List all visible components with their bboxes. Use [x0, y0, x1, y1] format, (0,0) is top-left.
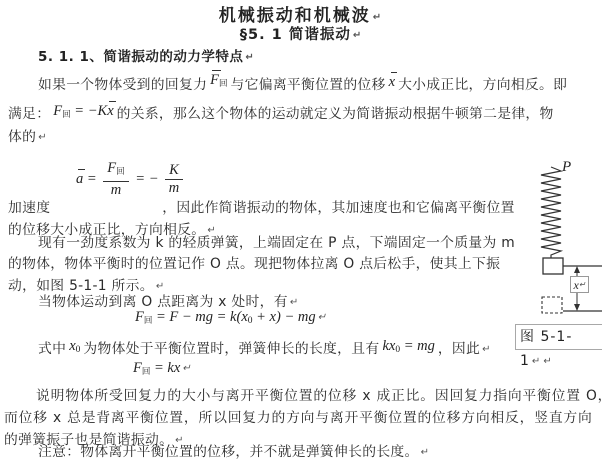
fraction-F-over-m: F回m: [103, 161, 128, 198]
formula-main: F回 = F − mg = k(x0 + x) − mg↵: [135, 309, 326, 326]
accel-line1: 加速度，因此作简谐振动的物体，其加速度也和它偏离平衡位置: [8, 196, 515, 216]
paragraph-mark: ↵: [353, 30, 362, 41]
subscript-zero: 0: [76, 345, 81, 355]
para1-line1: 如果一个物体受到的回复力F回与它偏离平衡位置的位移x大小成正比，方向相反。即: [38, 73, 567, 94]
para4-text-a: 式中: [38, 341, 66, 357]
para1-line3: 体的↵: [8, 125, 47, 145]
vector-F: F: [210, 72, 219, 89]
para1-line1-text-c: 大小成正比，方向相反。即: [398, 77, 567, 93]
point-P-label: P: [562, 159, 571, 176]
spring-coil: [541, 167, 561, 258]
symbol-F: F: [135, 309, 144, 325]
fraction-K-over-m: Km: [165, 163, 183, 196]
equals-sign: =: [74, 103, 84, 119]
subscript-hui: 回: [62, 110, 71, 120]
para1-line1-text-a: 如果一个物体受到的回复力: [38, 77, 207, 93]
section-heading: 5. 1. 1、简谐振动的动力学特点↵: [38, 45, 254, 65]
subscript-zero: 0: [395, 345, 400, 355]
formula-F-restoring: F回: [210, 72, 227, 88]
para1-line2-text-b: 的关系，那么这个物体的运动就定义为简谐振动根据牛顿第二是律，物: [117, 106, 554, 122]
equals-sign: =: [87, 171, 97, 187]
subscript-hui: 回: [144, 316, 153, 326]
negK-term: −K: [88, 103, 107, 119]
fraction-denominator: m: [165, 180, 183, 196]
doc-subtitle: §5. 1 简谐振动↵: [0, 23, 602, 44]
section-heading-text: 5. 1. 1、简谐振动的动力学特点: [38, 49, 243, 65]
accel-lead-text: 加速度: [8, 200, 50, 216]
fraction-numerator: K: [165, 163, 183, 180]
fraction-numerator: F回: [103, 161, 128, 182]
paragraph-mark: ↵: [579, 278, 586, 292]
note-line: 注意：物体离开平衡位置的位移，并不就是弹簧伸长的长度。↵: [38, 440, 429, 460]
para1-line2-text-a: 满足：: [8, 106, 50, 122]
para3-line1-text: 当物体运动到离 O 点距离为 x 处时，有: [38, 294, 288, 310]
equals-sign: =: [135, 171, 145, 187]
minus-sign: −: [149, 171, 159, 187]
vector-x: x: [107, 103, 113, 120]
para2-line1-text: 现有一劲度系数为 k 的轻质弹簧，上端固定在 P 点，下端固定一个质量为 m: [38, 235, 515, 251]
symbol-F: F: [107, 160, 116, 176]
para1-line3-text: 体的: [8, 129, 36, 145]
note-text: 注意：物体离开平衡位置的位移，并不就是弹簧伸长的长度。: [38, 444, 419, 460]
arrowhead-down: [574, 304, 580, 311]
kx0-term: kx: [382, 338, 395, 354]
formula-F-eq-negKx: F回 = −Kx: [53, 103, 113, 119]
para4-text-c: ，因此: [438, 341, 480, 357]
symbol-F: F: [53, 103, 62, 119]
accel-tail-text: ，因此作简谐振动的物体，其加速度也和它偏离平衡位置: [162, 200, 514, 216]
subscript-zero: 0: [248, 316, 253, 326]
para2-line2: 的物体，物体平衡时的位置记作 O 点。现把物体拉离 O 点后松手，使其上下振: [8, 252, 500, 272]
paragraph-mark: ↵: [482, 344, 491, 355]
paragraph-mark: ↵: [543, 356, 552, 367]
paragraph-mark: ↵: [182, 363, 190, 374]
para5-line1: 说明物体所受回复力的大小与离开平衡位置的位移 x 成正比。因回复力指向平衡位置 …: [36, 384, 602, 404]
kx0-rhs: = mg: [404, 338, 435, 354]
subscript-hui: 回: [219, 79, 228, 89]
vector-x: x: [389, 74, 395, 91]
paragraph-mark: ↵: [290, 297, 299, 308]
para2-line2-text: 的物体，物体平衡时的位置记作 O 点。现把物体拉离 O 点后松手，使其上下振: [8, 256, 500, 272]
para1-line1-text-b: 与它偏离平衡位置的位移: [231, 77, 386, 93]
x-displacement-label: x↵: [570, 276, 589, 293]
figure-5-1-1: P x↵ 图 5-1-1↵↵: [515, 155, 602, 360]
para4-text-b: 为物体处于平衡位置时，弹簧伸长的长度，且有: [83, 341, 379, 357]
para1-line2: 满足：F回 = −Kx的关系，那么这个物体的运动就定义为简谐振动根据牛顿第二是律…: [8, 102, 554, 123]
paragraph-mark: ↵: [245, 52, 254, 63]
figure-caption: 图 5-1-1↵↵: [515, 324, 602, 350]
paragraph-mark: ↵: [421, 447, 430, 458]
paragraph-mark: ↵: [318, 312, 326, 323]
paragraph-mark: ↵: [532, 356, 541, 367]
para2-line1: 现有一劲度系数为 k 的轻质弹簧，上端固定在 P 点，下端固定一个质量为 m: [38, 231, 515, 251]
subscript-hui: 回: [116, 167, 125, 177]
vector-a: a: [76, 171, 83, 188]
para5-line1-text: 说明物体所受回复力的大小与离开平衡位置的位移 x 成正比。因回复力指向平衡位置 …: [36, 388, 602, 404]
spring-diagram: [515, 155, 602, 323]
formula-acceleration: a = F回m = − Km: [76, 161, 186, 198]
formula-x0: x0: [69, 338, 80, 354]
para3-line1: 当物体运动到离 O 点距离为 x 处时，有↵: [38, 290, 299, 310]
mass-block-ghost: [542, 297, 562, 313]
para5-line2: 而位移 x 总是背离平衡位置，所以回复力的方向与离开平衡位置的位移方向相反，竖直…: [4, 406, 593, 426]
paragraph-mark: ↵: [38, 132, 47, 143]
para4-line1: 式中x0为物体处于平衡位置时，弹簧伸长的长度，且有kx0 = mg，因此↵: [38, 337, 491, 358]
symbol-F: F: [133, 360, 142, 376]
paragraph-mark: ↵: [373, 12, 383, 23]
formula-x-vector: x: [389, 74, 395, 90]
para5-line2-text: 而位移 x 总是背离平衡位置，所以回复力的方向与离开平衡位置的位移方向相反，竖直…: [4, 410, 593, 426]
subscript-hui: 回: [142, 367, 151, 377]
formula-kx0-eq-mg: kx0 = mg: [382, 338, 434, 354]
formula-main-mid: = F − mg = k(x: [156, 309, 248, 325]
formula-F-eq-kx: F回 = kx↵: [133, 360, 191, 377]
formula-main-end: + x) − mg: [256, 309, 315, 325]
fkx-rhs: = kx: [154, 360, 180, 376]
doc-subtitle-text: §5. 1 简谐振动: [240, 27, 351, 43]
mass-block: [543, 258, 563, 274]
arrowhead-up: [574, 266, 580, 273]
